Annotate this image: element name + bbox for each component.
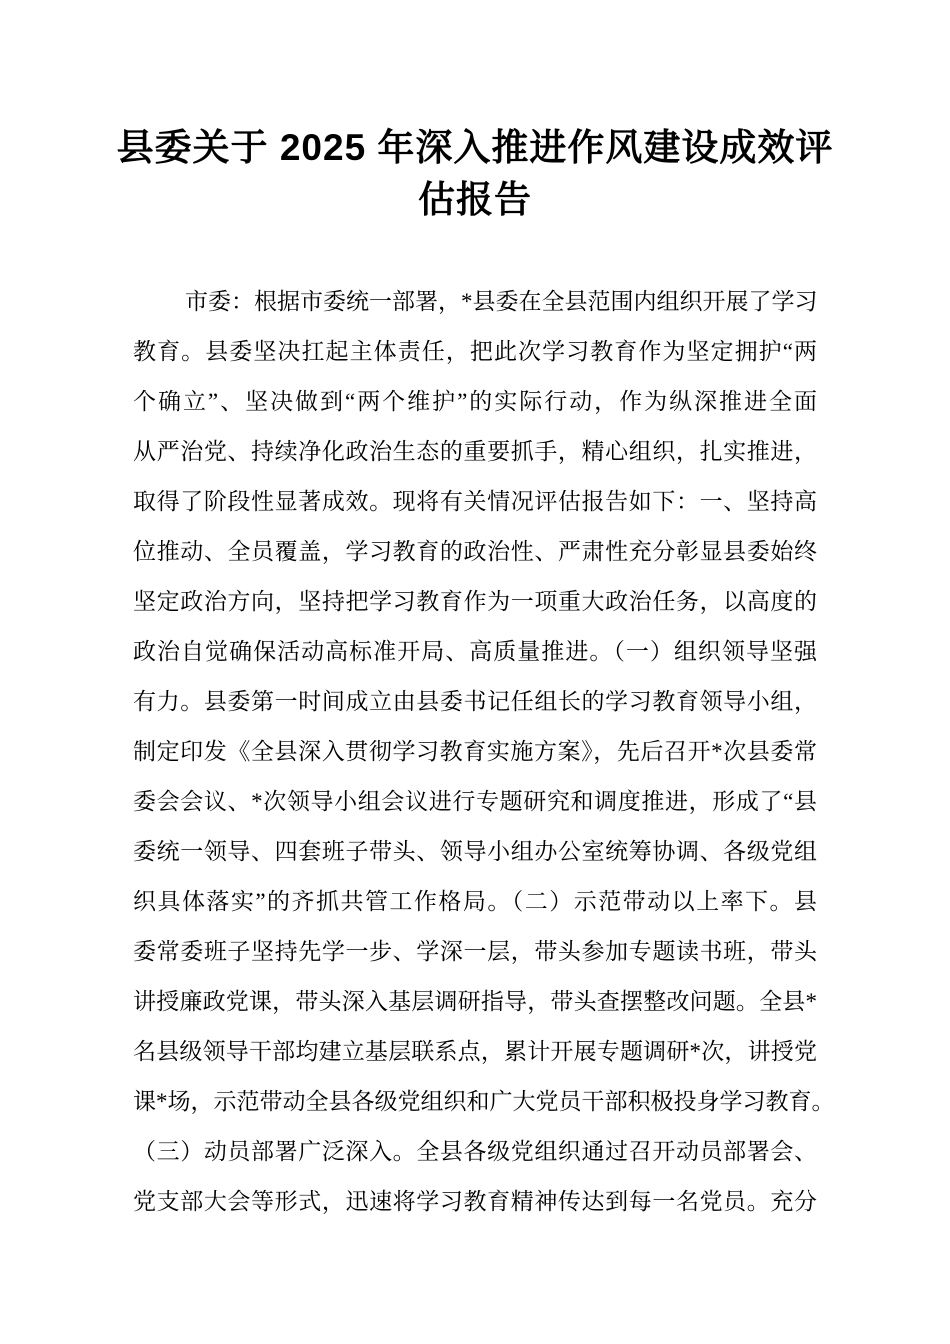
document-title: 县委关于 2025 年深入推进作风建设成效评估报告 bbox=[0, 122, 950, 226]
body-text-line: 有力。县委第一时间成立由县委书记任组长的学习教育领导小组， bbox=[133, 677, 817, 727]
body-text-line: 教育。县委坚决扛起主体责任，把此次学习教育作为坚定拥护“两 bbox=[133, 327, 817, 377]
body-text-line: 政治自觉确保活动高标准开局、高质量推进。（一）组织领导坚强 bbox=[133, 627, 817, 677]
body-text-line: 委统一领导、四套班子带头、领导小组办公室统筹协调、各级党组 bbox=[133, 827, 817, 877]
body-text-line: （三）动员部署广泛深入。全县各级党组织通过召开动员部署会、 bbox=[133, 1127, 817, 1177]
body-text-line: 党支部大会等形式，迅速将学习教育精神传达到每一名党员。充分 bbox=[133, 1177, 817, 1227]
body-text-line: 位推动、全员覆盖，学习教育的政治性、严肃性充分彰显县委始终 bbox=[133, 527, 817, 577]
body-text-line: 织具体落实”的齐抓共管工作格局。（二）示范带动以上率下。县 bbox=[133, 877, 817, 927]
body-text-line: 委会会议、*次领导小组会议进行专题研究和调度推进，形成了“县 bbox=[133, 777, 817, 827]
body-text-line: 从严治党、持续净化政治生态的重要抓手，精心组织，扎实推进， bbox=[133, 427, 817, 477]
document-body: 市委：根据市委统一部署，*县委在全县范围内组织开展了学习教育。县委坚决扛起主体责… bbox=[133, 277, 817, 1227]
document-page: 县委关于 2025 年深入推进作风建设成效评估报告 市委：根据市委统一部署，*县… bbox=[0, 0, 950, 1344]
body-text-line: 个确立”、坚决做到“两个维护”的实际行动，作为纵深推进全面 bbox=[133, 377, 817, 427]
body-text-line: 坚定政治方向，坚持把学习教育作为一项重大政治任务，以高度的 bbox=[133, 577, 817, 627]
title-line: 估报告 bbox=[0, 174, 950, 226]
body-text-line: 委常委班子坚持先学一步、学深一层，带头参加专题读书班，带头 bbox=[133, 927, 817, 977]
body-text-line: 市委：根据市委统一部署，*县委在全县范围内组织开展了学习 bbox=[133, 277, 817, 327]
body-text-line: 课*场，示范带动全县各级党组织和广大党员干部积极投身学习教育。 bbox=[133, 1077, 817, 1127]
body-text-line: 取得了阶段性显著成效。现将有关情况评估报告如下：一、坚持高 bbox=[133, 477, 817, 527]
body-text-line: 名县级领导干部均建立基层联系点，累计开展专题调研*次，讲授党 bbox=[133, 1027, 817, 1077]
title-line: 县委关于 2025 年深入推进作风建设成效评 bbox=[0, 122, 950, 174]
body-text-line: 讲授廉政党课，带头深入基层调研指导，带头查摆整改问题。全县* bbox=[133, 977, 817, 1027]
body-text-line: 制定印发《全县深入贯彻学习教育实施方案》，先后召开*次县委常 bbox=[133, 727, 817, 777]
